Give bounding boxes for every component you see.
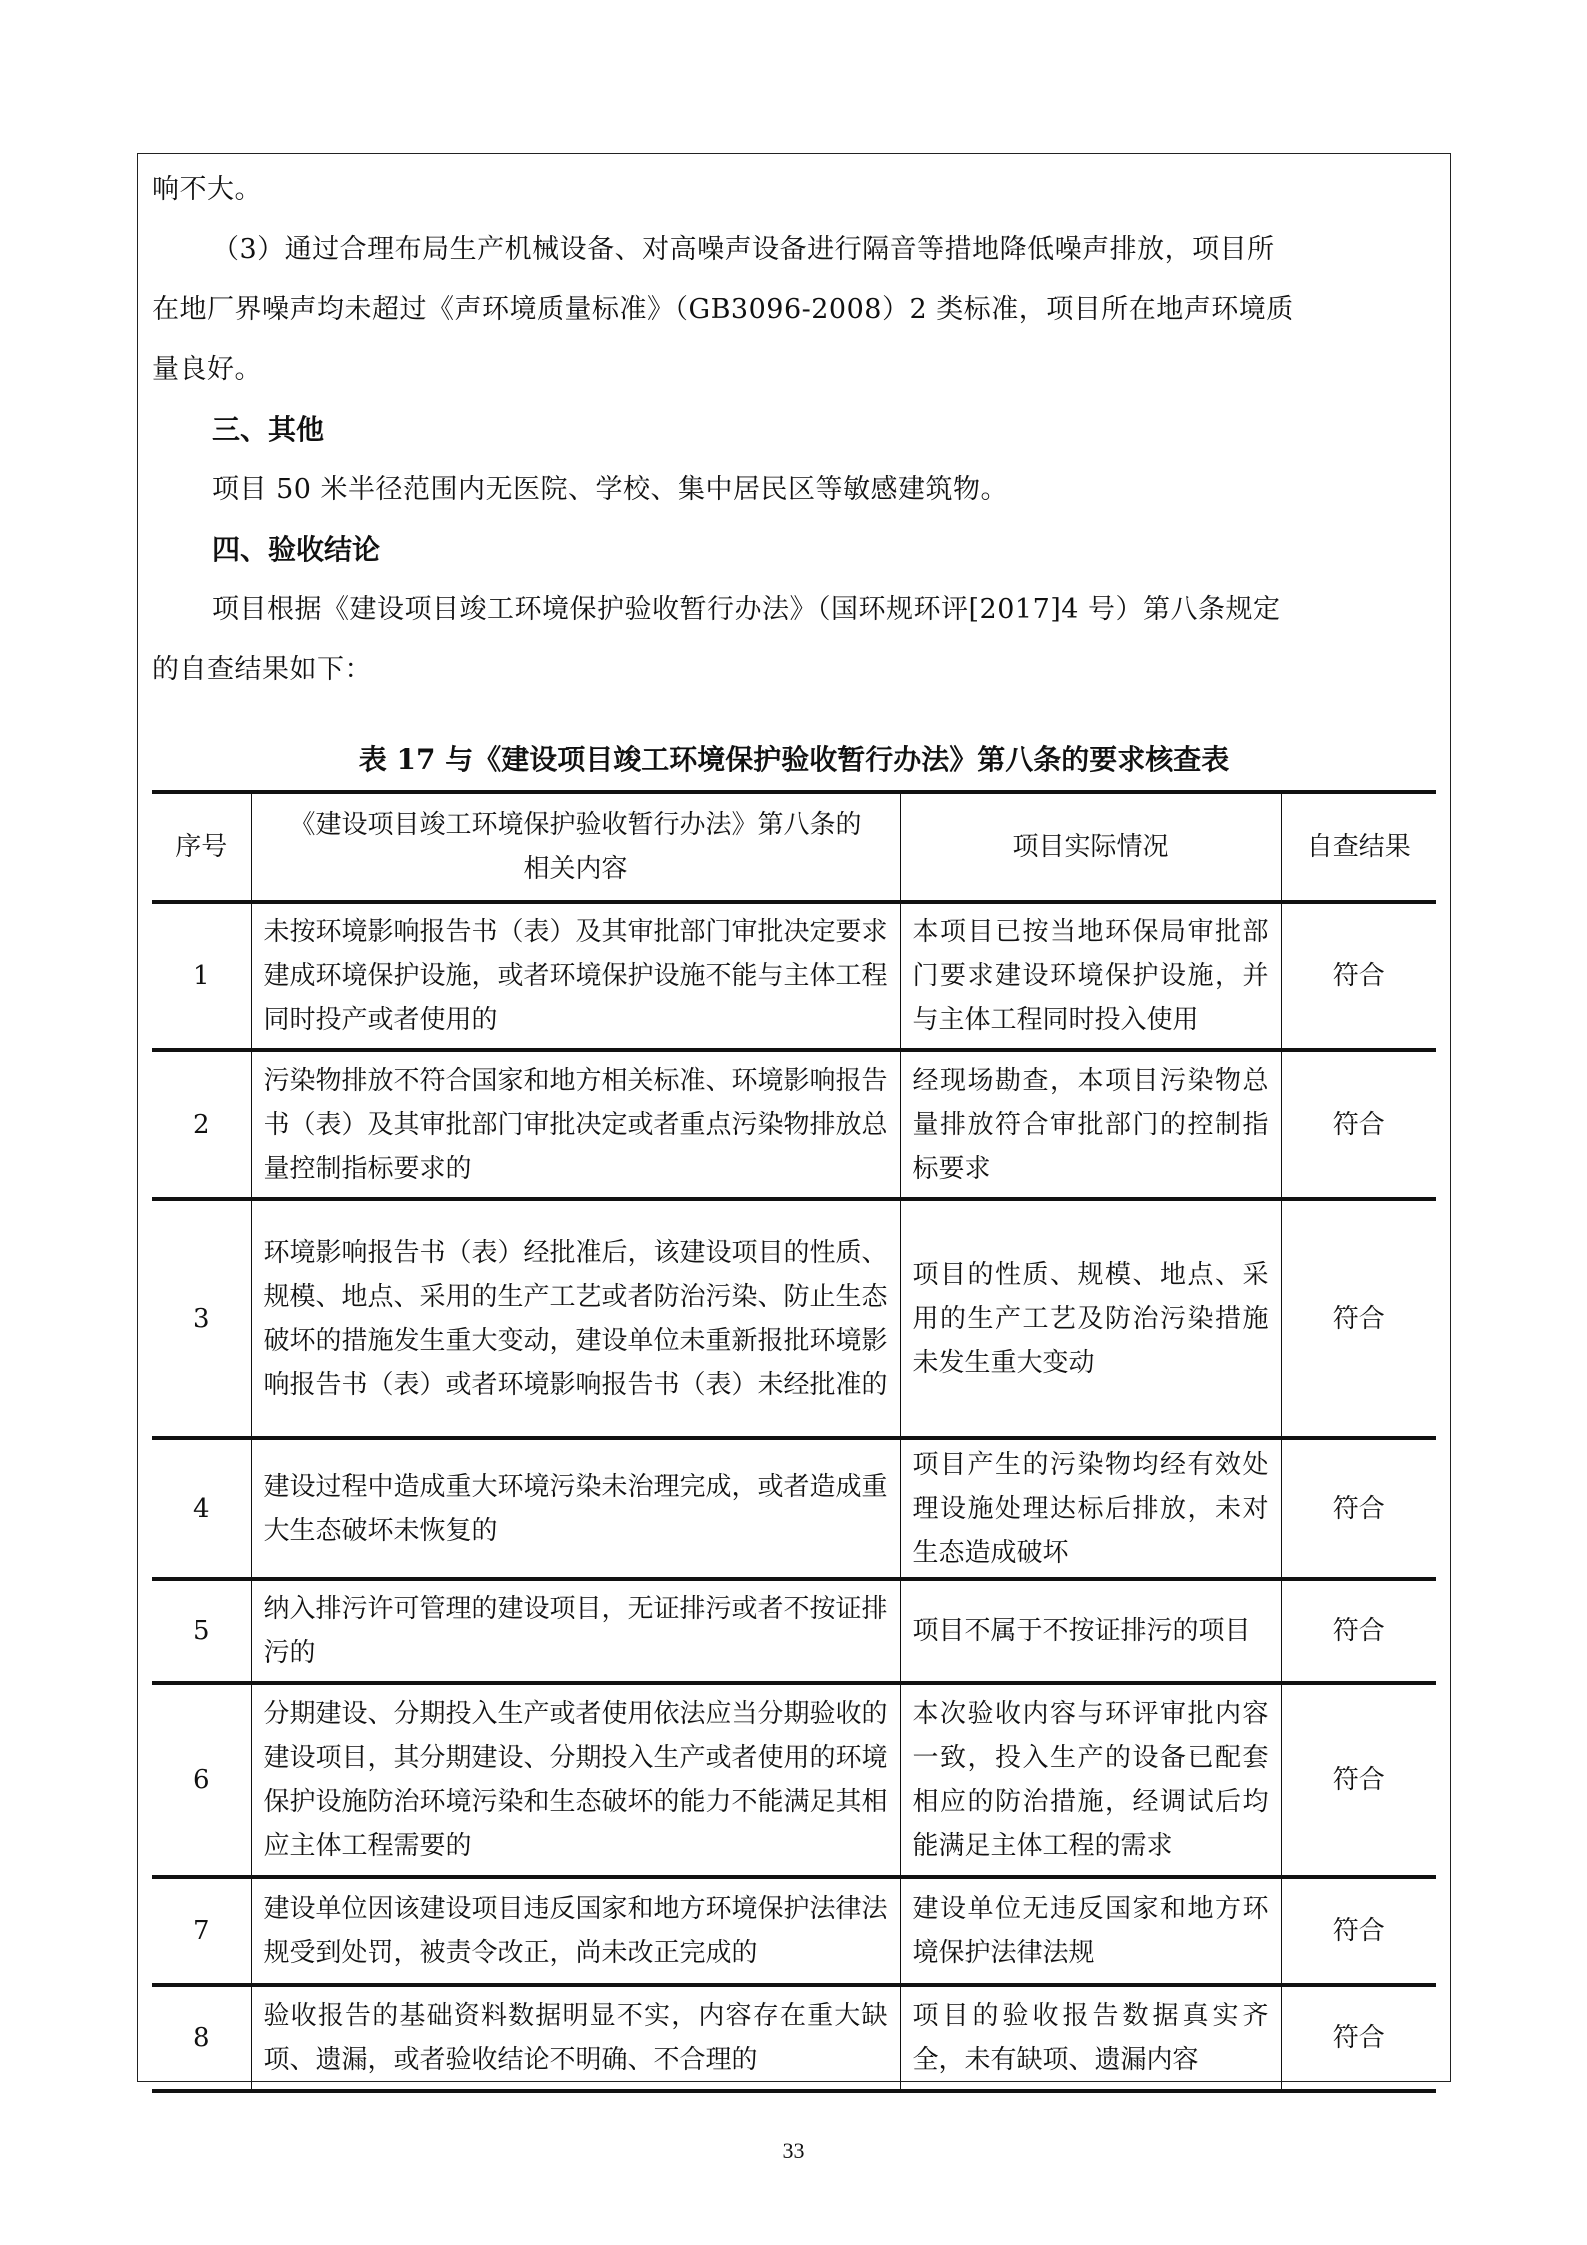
row-requirement: 环境影响报告书（表）经批准后，该建设项目的性质、规模、地点、采用的生产工艺或者防… [251,1199,900,1438]
compliance-check-table: 序号 《建设项目竣工环境保护验收暂行办法》第八条的相关内容 项目实际情况 自查结… [152,790,1436,2093]
row-no: 7 [152,1877,251,1985]
header-requirement: 《建设项目竣工环境保护验收暂行办法》第八条的相关内容 [251,792,900,902]
paragraph-3-line-3: 量良好。 [152,340,1442,400]
table-row: 4 建设过程中造成重大环境污染未治理完成，或者造成重大生态破坏未恢复的 项目产生… [152,1438,1436,1579]
table-row: 8 验收报告的基础资料数据明显不实，内容存在重大缺项、遗漏，或者验收结论不明确、… [152,1985,1436,2091]
row-requirement: 验收报告的基础资料数据明显不实，内容存在重大缺项、遗漏，或者验收结论不明确、不合… [251,1985,900,2091]
header-result: 自查结果 [1281,792,1436,902]
row-result: 符合 [1281,1683,1436,1877]
row-result: 符合 [1281,1877,1436,1985]
continuation-text: 响不大。 [152,160,1442,220]
document-body: 响不大。 （3）通过合理布局生产机械设备、对高噪声设备进行隔音等措地降低噪声排放… [152,160,1442,700]
row-requirement: 纳入排污许可管理的建设项目，无证排污或者不按证排污的 [251,1579,900,1683]
row-requirement: 未按环境影响报告书（表）及其审批部门审批决定要求建成环境保护设施，或者环境保护设… [251,902,900,1050]
row-requirement: 污染物排放不符合国家和地方相关标准、环境影响报告书（表）及其审批部门审批决定或者… [251,1050,900,1199]
row-result: 符合 [1281,1050,1436,1199]
row-result: 符合 [1281,1579,1436,1683]
page-number: 33 [0,2138,1587,2164]
table-caption: 表 17 与《建设项目竣工环境保护验收暂行办法》第八条的要求核查表 [152,735,1436,785]
row-actual: 本次验收内容与环评审批内容一致，投入生产的设备已配套相应的防治措施，经调试后均能… [900,1683,1281,1877]
table-header-row: 序号 《建设项目竣工环境保护验收暂行办法》第八条的相关内容 项目实际情况 自查结… [152,792,1436,902]
section-4-heading: 四、验收结论 [152,520,1442,580]
header-actual: 项目实际情况 [900,792,1281,902]
row-actual: 本项目已按当地环保局审批部门要求建设环境保护设施，并与主体工程同时投入使用 [900,902,1281,1050]
row-requirement: 建设单位因该建设项目违反国家和地方环境保护法律法规受到处罚，被责令改正，尚未改正… [251,1877,900,1985]
section-4-line-1: 项目根据《建设项目竣工环境保护验收暂行办法》（国环规环评[2017]4 号）第八… [152,580,1442,640]
row-result: 符合 [1281,1985,1436,2091]
row-actual: 项目的验收报告数据真实齐全，未有缺项、遗漏内容 [900,1985,1281,2091]
row-result: 符合 [1281,902,1436,1050]
row-actual: 项目产生的污染物均经有效处理设施处理达标后排放，未对生态造成破坏 [900,1438,1281,1579]
table-row: 3 环境影响报告书（表）经批准后，该建设项目的性质、规模、地点、采用的生产工艺或… [152,1199,1436,1438]
row-no: 6 [152,1683,251,1877]
row-requirement: 分期建设、分期投入生产或者使用依法应当分期验收的建设项目，其分期建设、分期投入生… [251,1683,900,1877]
section-3-text: 项目 50 米半径范围内无医院、学校、集中居民区等敏感建筑物。 [152,460,1442,520]
table-row: 2 污染物排放不符合国家和地方相关标准、环境影响报告书（表）及其审批部门审批决定… [152,1050,1436,1199]
table-row: 5 纳入排污许可管理的建设项目，无证排污或者不按证排污的 项目不属于不按证排污的… [152,1579,1436,1683]
table-row: 7 建设单位因该建设项目违反国家和地方环境保护法律法规受到处罚，被责令改正，尚未… [152,1877,1436,1985]
section-3-heading: 三、其他 [152,400,1442,460]
row-no: 3 [152,1199,251,1438]
row-result: 符合 [1281,1199,1436,1438]
row-result: 符合 [1281,1438,1436,1579]
row-actual: 建设单位无违反国家和地方环境保护法律法规 [900,1877,1281,1985]
row-no: 2 [152,1050,251,1199]
row-no: 5 [152,1579,251,1683]
row-no: 4 [152,1438,251,1579]
row-actual: 项目的性质、规模、地点、采用的生产工艺及防治污染措施未发生重大变动 [900,1199,1281,1438]
section-4-line-2: 的自查结果如下： [152,640,1442,700]
row-actual: 项目不属于不按证排污的项目 [900,1579,1281,1683]
row-requirement: 建设过程中造成重大环境污染未治理完成，或者造成重大生态破坏未恢复的 [251,1438,900,1579]
row-no: 1 [152,902,251,1050]
table-row: 1 未按环境影响报告书（表）及其审批部门审批决定要求建成环境保护设施，或者环境保… [152,902,1436,1050]
paragraph-3-line-2: 在地厂界噪声均未超过《声环境质量标准》（GB3096-2008）2 类标准，项目… [152,280,1442,340]
row-actual: 经现场勘查，本项目污染物总量排放符合审批部门的控制指标要求 [900,1050,1281,1199]
paragraph-3-line-1: （3）通过合理布局生产机械设备、对高噪声设备进行隔音等措地降低噪声排放，项目所 [152,220,1442,280]
header-no: 序号 [152,792,251,902]
table-row: 6 分期建设、分期投入生产或者使用依法应当分期验收的建设项目，其分期建设、分期投… [152,1683,1436,1877]
row-no: 8 [152,1985,251,2091]
